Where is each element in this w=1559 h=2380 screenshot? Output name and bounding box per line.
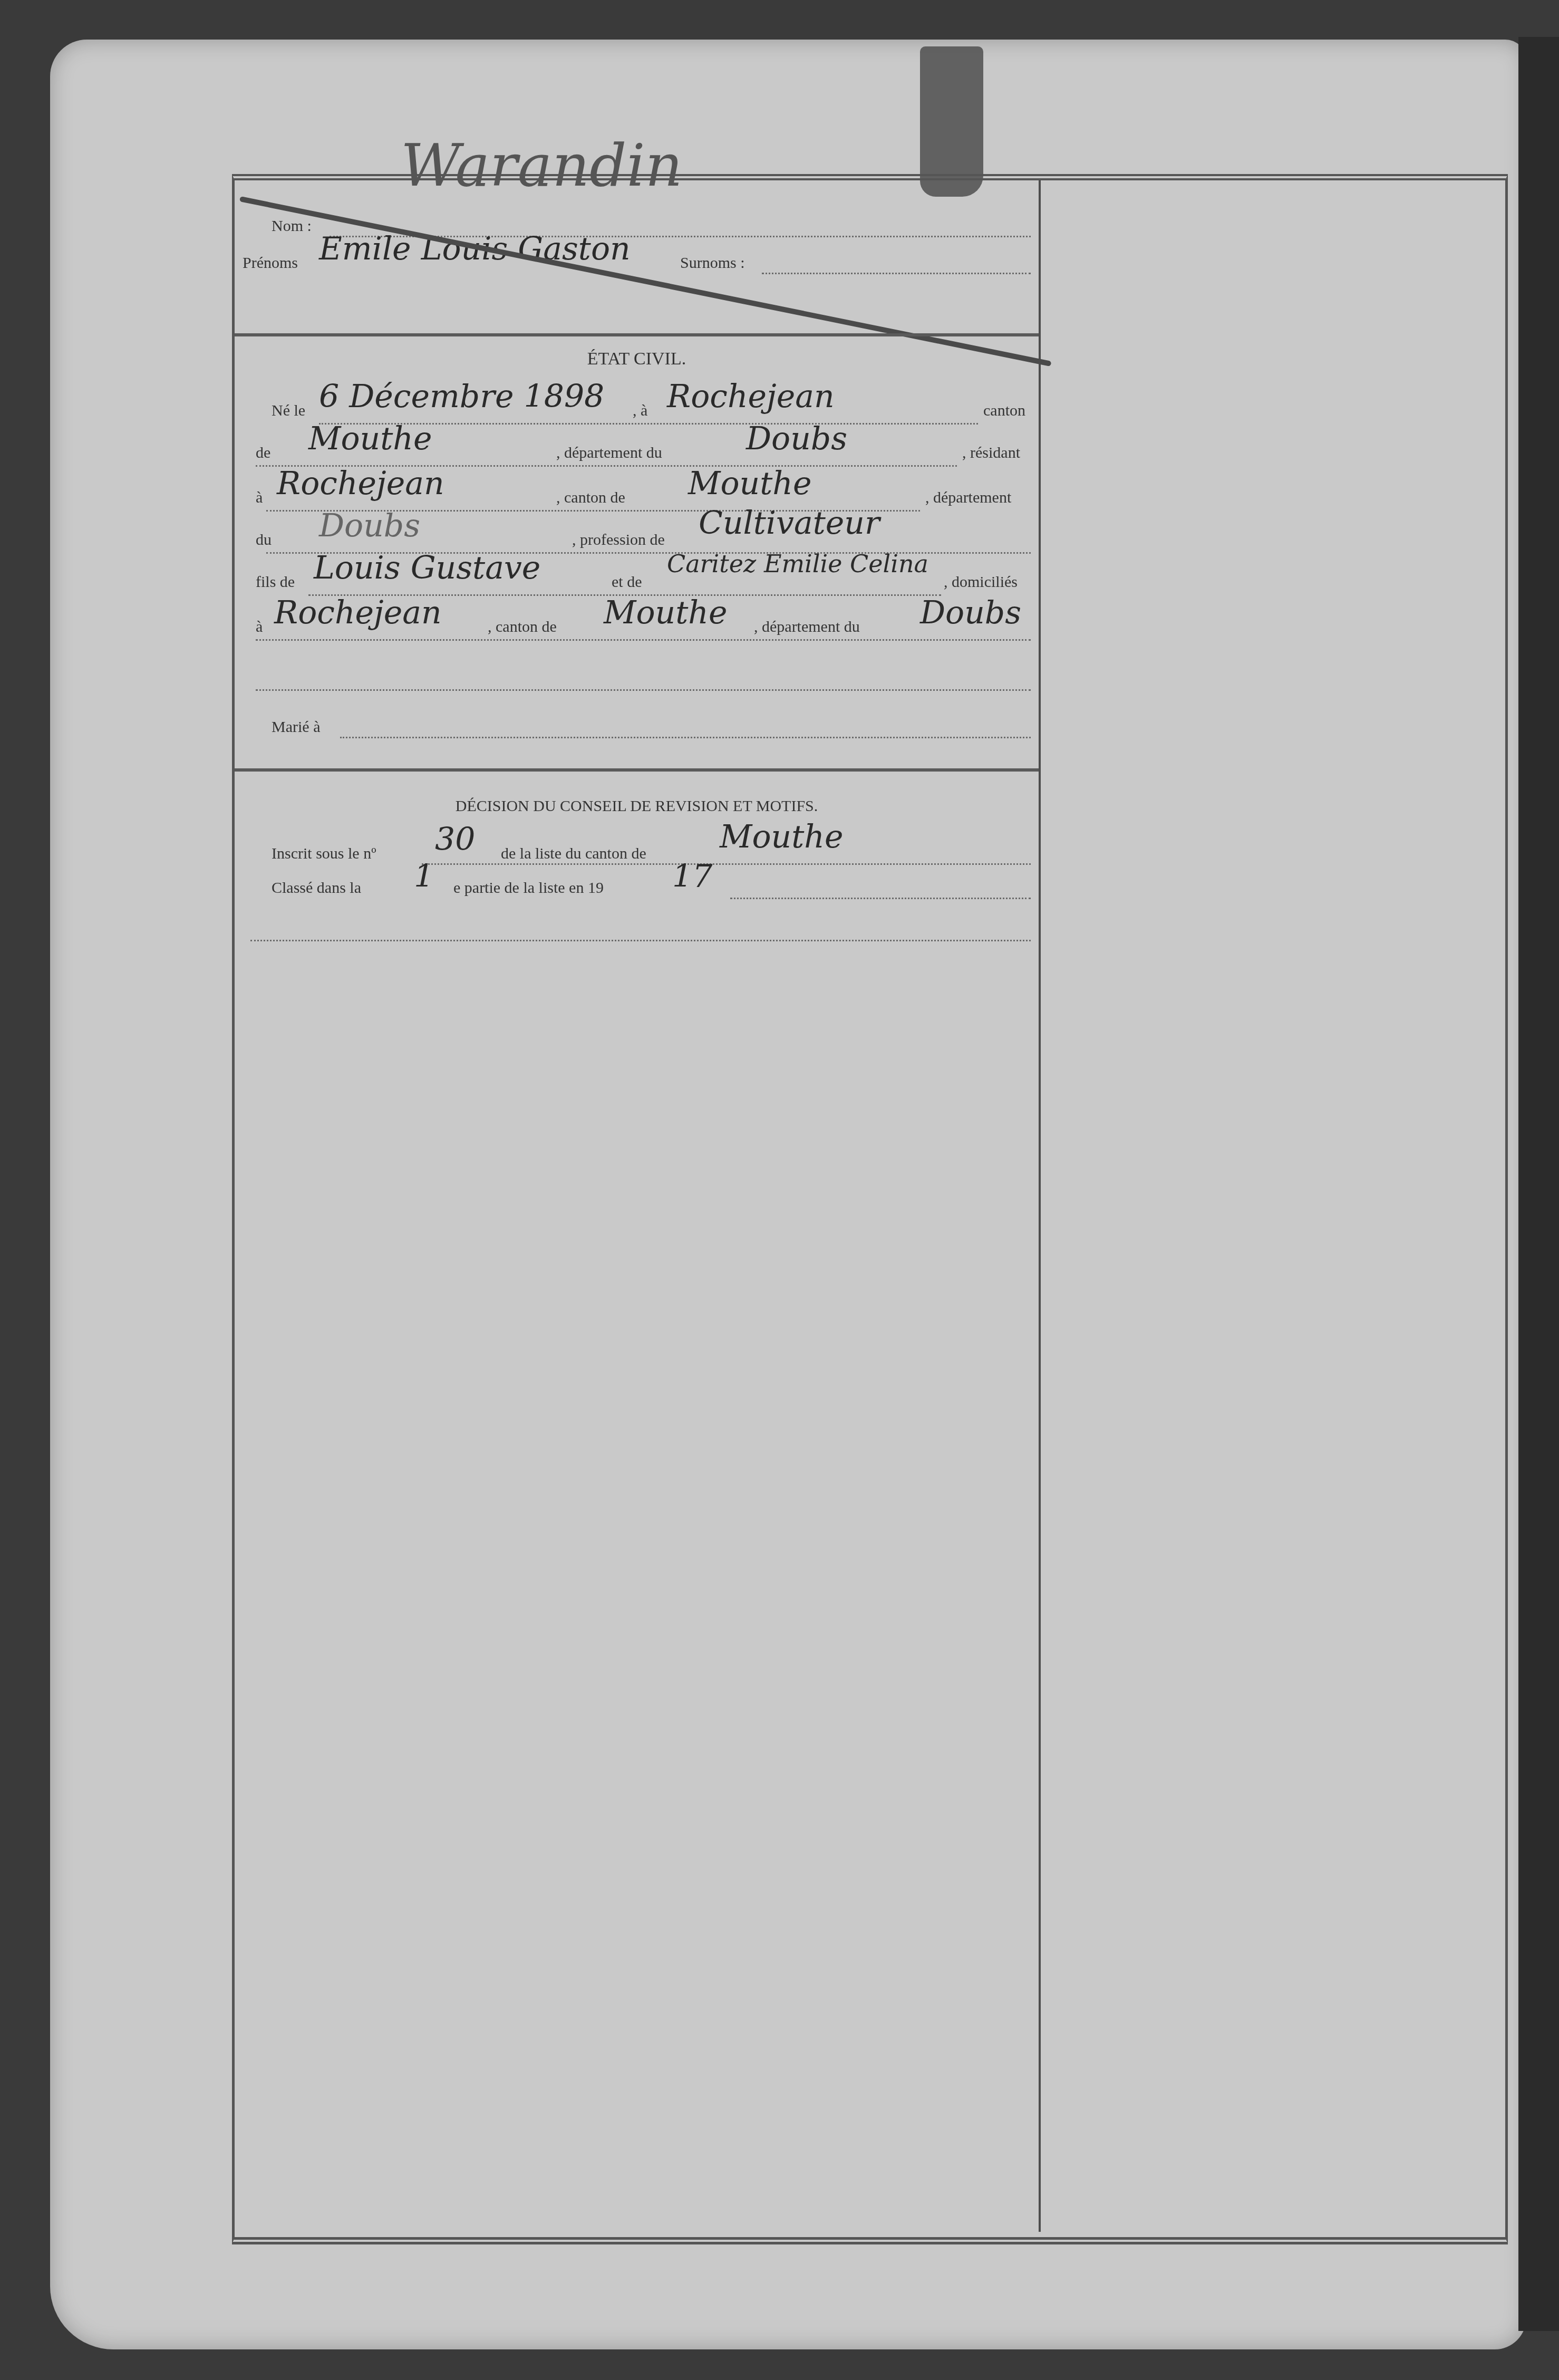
ne-le-label: Né le <box>272 402 305 420</box>
residence-departement: Doubs <box>319 507 420 544</box>
mere: Caritez Emilie Celina <box>667 550 928 578</box>
profession-label: , profession de <box>572 531 665 549</box>
domicilies-label: , domiciliés <box>944 573 1018 591</box>
fils-label: fils de <box>256 573 295 591</box>
parents-lieu: Rochejean <box>274 594 442 631</box>
canton-label: canton <box>983 402 1025 420</box>
canton-label: , canton de <box>556 489 625 507</box>
residence: Rochejean <box>277 465 444 502</box>
classe-label: Classé dans la <box>272 879 361 897</box>
parents-canton: Mouthe <box>604 594 727 631</box>
date-naissance: 6 Décembre 1898 <box>319 378 604 415</box>
liste-canton-label: de la liste du canton de <box>501 845 646 863</box>
canton-naissance: Mouthe <box>308 420 432 457</box>
line <box>256 639 1031 641</box>
surnoms-line <box>762 273 1031 274</box>
line <box>250 940 1031 941</box>
matricule-form: Nom : Prénoms Emile Louis Gaston Surnoms… <box>232 174 1508 2244</box>
departement-naissance: Doubs <box>746 420 847 457</box>
liste-canton: Mouthe <box>720 818 843 855</box>
pere: Louis Gustave <box>314 550 540 586</box>
line <box>256 689 1031 691</box>
partie-label: e partie de la liste en 19 <box>453 879 604 897</box>
departement-label: , département du <box>754 618 860 636</box>
a-label: à <box>256 489 263 507</box>
line <box>422 863 1031 865</box>
book-binding-edge <box>1518 37 1559 2331</box>
decision-title: DÉCISION DU CONSEIL DE REVISION ET MOTIF… <box>235 797 1039 815</box>
du-label: du <box>256 531 272 549</box>
prenoms-label: Prénoms <box>243 254 298 272</box>
profession: Cultivateur <box>699 505 880 542</box>
line <box>730 898 1031 899</box>
divider <box>235 768 1039 772</box>
marie-label: Marié à <box>272 718 320 736</box>
residence-canton: Mouthe <box>688 465 811 502</box>
et-de-label: et de <box>612 573 642 591</box>
surnoms-label: Surnoms : <box>680 254 745 272</box>
annee-classement: 17 <box>672 858 712 895</box>
a-label: à <box>256 618 263 636</box>
residant-label: , résidant <box>962 444 1020 462</box>
departement-label: , département <box>925 489 1011 507</box>
de-label: de <box>256 444 270 462</box>
nom-label: Nom : <box>272 217 312 235</box>
strike-through-line <box>239 196 1051 367</box>
parents-departement: Doubs <box>920 594 1021 631</box>
divider <box>235 333 1039 336</box>
classe-partie: 1 <box>414 858 434 895</box>
inscrit-label: Inscrit sous le nº <box>272 845 376 863</box>
canton-label: , canton de <box>488 618 557 636</box>
lieu-naissance: Rochejean <box>667 378 835 415</box>
a-label: , à <box>633 402 647 420</box>
column-divider <box>1039 180 1041 2232</box>
etat-civil-title: ÉTAT CIVIL. <box>235 349 1039 369</box>
departement-label: , département du <box>556 444 662 462</box>
marie-line <box>340 737 1031 738</box>
inscrit-numero: 30 <box>435 821 475 858</box>
